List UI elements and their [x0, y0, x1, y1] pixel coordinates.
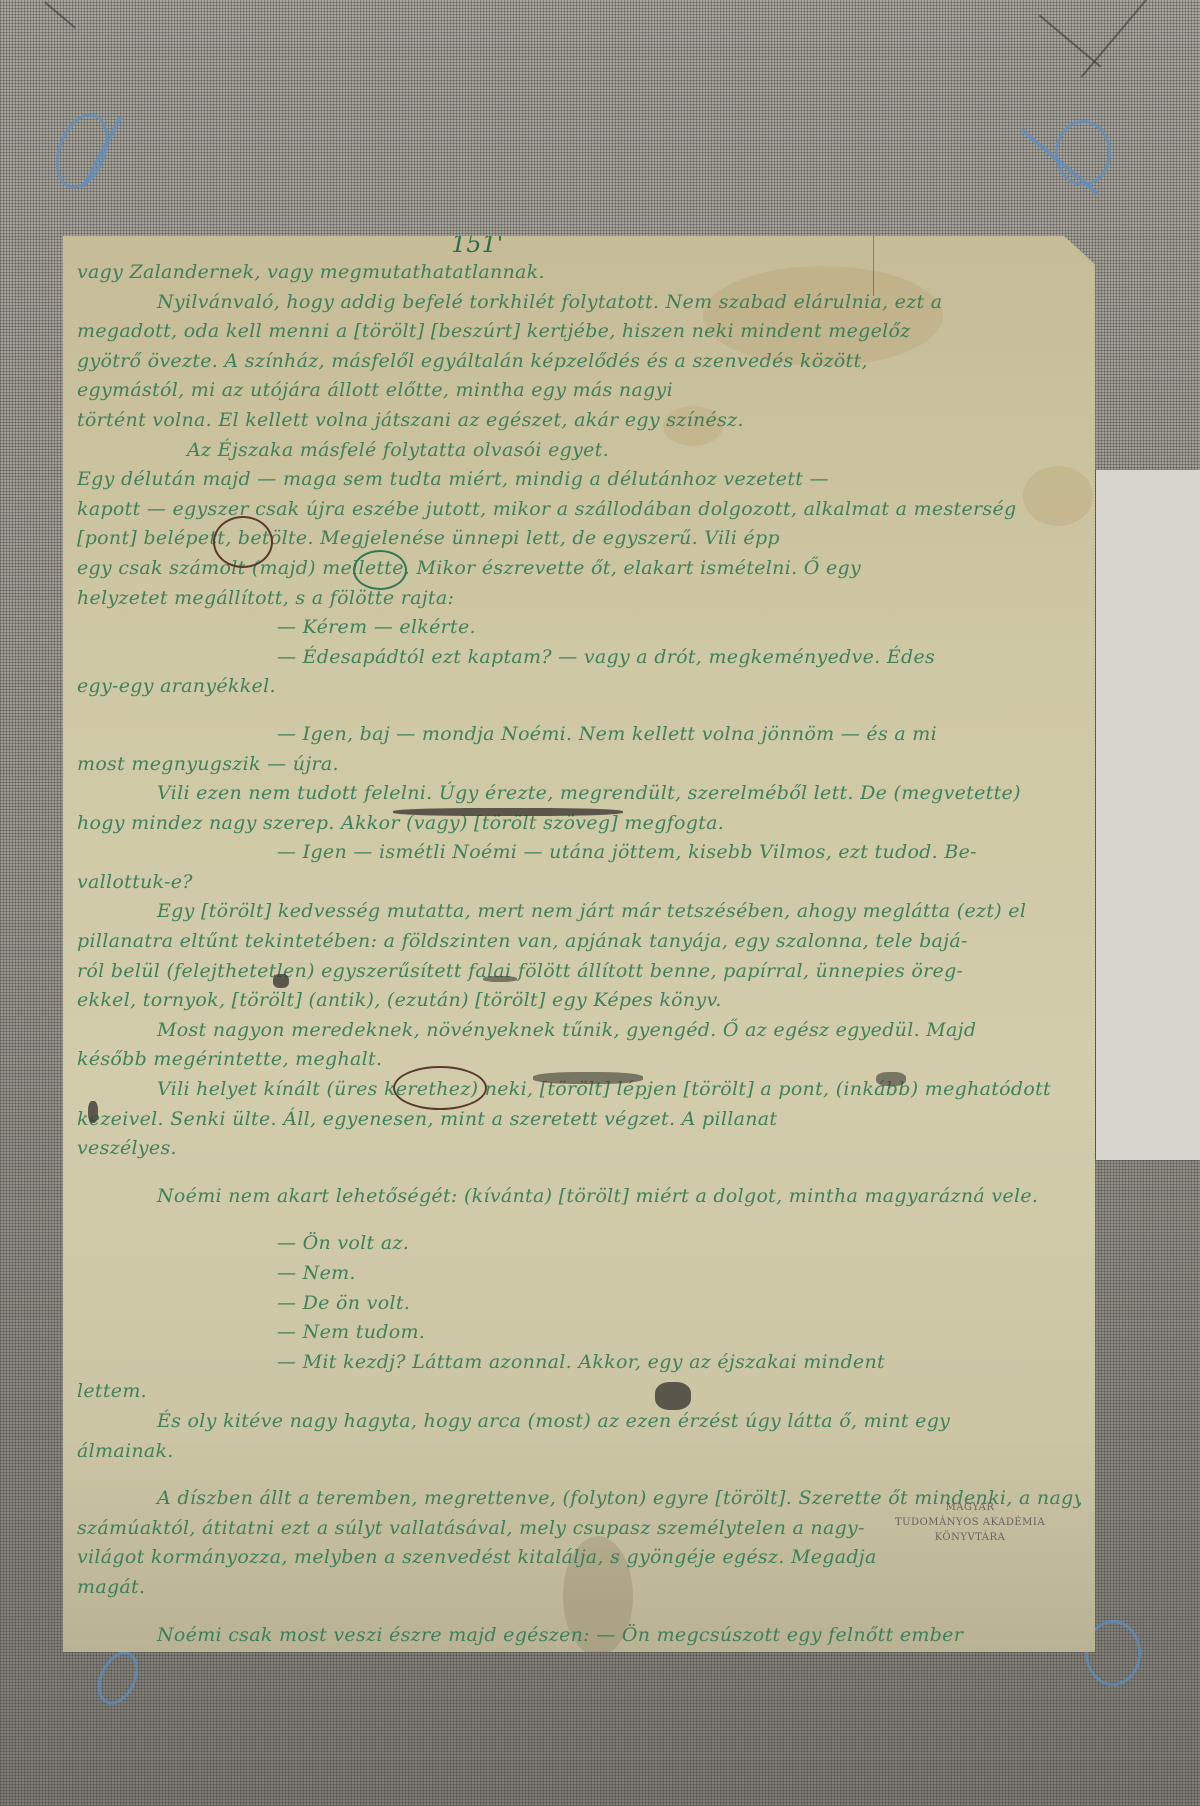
dialog-line: — Igen — ismétli Noémi — utána jöttem, k… [77, 838, 1081, 868]
dialog-line: — Ön volt az. [77, 1229, 1081, 1259]
blue-pencil-mark-top-right [1055, 120, 1111, 186]
dialog-line: — De ön volt. [77, 1289, 1081, 1319]
text-line: Egy [törölt] kedvesség mutatta, mert nem… [77, 897, 1081, 927]
blue-pencil-mark-top-left [46, 106, 118, 196]
text-line: Nyilvánvaló, hogy addig befelé torkhilét… [77, 288, 1081, 318]
graphite-line-top-right-2 [1039, 15, 1102, 68]
text-line: Az Éjszaka másfelé folytatta olvasói egy… [77, 436, 1081, 466]
text-line: veszélyes. [77, 1134, 1081, 1164]
graphite-line-top-left [44, 1, 76, 28]
text-line: Noémi nem akart lehetőségét: (kívánta) [… [77, 1182, 1081, 1212]
library-stamp: MAGYAR TUDOMÁNYOS AKADÉMIA KÖNYVTÁRA [885, 1500, 1055, 1545]
text-line: És oly kitéve nagy hagyta, hogy arca (mo… [77, 1407, 1081, 1437]
dialog-line: — Igen, baj — mondja Noémi. Nem kellett … [77, 720, 1081, 750]
text-line: Vili ezen nem tudott felelni. Úgy érezte… [77, 779, 1081, 809]
ink-strikethrough [533, 1072, 643, 1084]
text-line: álmainak. [77, 1437, 1081, 1467]
text-line: — Igen, e pillanatban, hogy mit akartam,… [77, 1650, 1081, 1680]
text-line: később megérintette, meghalt. [77, 1045, 1081, 1075]
text-line: Egy délután majd — maga sem tudta miért,… [77, 465, 1081, 495]
dialog-line: — Nem tudom. [77, 1318, 1081, 1348]
blue-pencil-mark-bottom-left [90, 1645, 146, 1711]
text-line: egymástól, mi az utójára állott előtte, … [77, 376, 1081, 406]
text-line: történt volna. El kellett volna játszani… [77, 406, 1081, 436]
stamp-line-2: TUDOMÁNYOS AKADÉMIA [885, 1515, 1055, 1530]
text-line: lett — megfejtette őt, nem másnak, benne… [77, 1709, 1081, 1739]
text-line: ekkel, tornyok, [törölt] (antik), (ezutá… [77, 986, 1081, 1016]
ink-strikethrough [483, 976, 517, 982]
ink-strikethrough [393, 808, 623, 816]
text-line: lettem. [77, 1377, 1081, 1407]
text-line: Most nagyon meredeknek, növényeknek tűni… [77, 1016, 1081, 1046]
text-line: ról belül (felejthetetlen) egyszerűsítet… [77, 957, 1081, 987]
stamp-line-1: MAGYAR [885, 1500, 1055, 1515]
dialog-line: — Mit kezdj? Láttam azonnal. Akkor, egy … [77, 1348, 1081, 1378]
text-line: kezeivel. Senki ülte. Áll, egyenesen, mi… [77, 1105, 1081, 1135]
text-line: volt, ki keresztül rohant, nézte, megfel… [77, 1680, 1081, 1710]
circled-correction [213, 516, 273, 568]
page-number: 151' [451, 230, 503, 258]
text-line: vallottuk-e? [77, 868, 1081, 898]
dialog-line: — Nem. [77, 1259, 1081, 1289]
underlying-white-sheet [1096, 470, 1200, 1160]
text-line: pillanatra eltűnt tekintetében: a földsz… [77, 927, 1081, 957]
text-line: magát. [77, 1573, 1081, 1603]
text-line: helyzetet megállított, s a fölötte rajta… [77, 584, 1081, 614]
ink-strikethrough [876, 1072, 906, 1086]
dialog-line: — Édesapádtól ezt kaptam? — vagy a drót,… [77, 643, 1081, 673]
text-line: vagy Zalandernek, vagy megmutathatatlann… [77, 258, 1081, 288]
ink-blot [88, 1101, 98, 1123]
stamp-line-3: KÖNYVTÁRA [885, 1530, 1055, 1545]
text-line: most megnyugszik — újra. [77, 750, 1081, 780]
text-line: Noémi csak most veszi észre majd egészen… [77, 1621, 1081, 1651]
ink-blot [655, 1382, 691, 1410]
ink-strikethrough [273, 974, 289, 988]
dialog-line: — Kérem — elkérte. [77, 613, 1081, 643]
text-line: egy-egy aranyékkel. [77, 672, 1081, 702]
text-line: világot kormányozza, melyben a szenvedés… [77, 1543, 1081, 1573]
graphite-line-top-right [1081, 0, 1160, 78]
circled-correction [393, 1066, 487, 1110]
circled-correction [353, 550, 407, 590]
text-line: megadott, oda kell menni a [törölt] [bes… [77, 317, 1081, 347]
manuscript-page: 151' vagy Zalandernek, vagy megmutathata… [63, 236, 1095, 1652]
text-line: gyötrő övezte. A színház, másfelől egyál… [77, 347, 1081, 377]
